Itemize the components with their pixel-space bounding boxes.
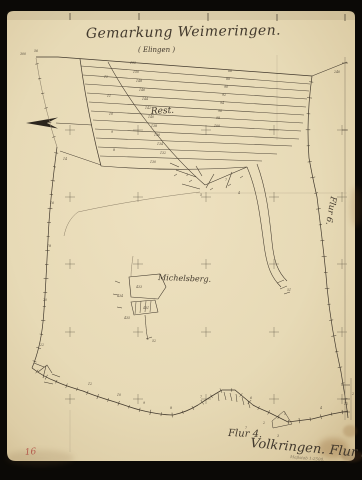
paper-sheet [7, 11, 355, 461]
parcel-number: 94 [220, 101, 224, 105]
parcel-number: 96 [218, 109, 222, 113]
parcel-number: 18 [47, 244, 51, 248]
red-page-number: 16 [24, 447, 37, 458]
parcel-number: 51 [287, 288, 291, 292]
map-subtitle: ( Elingen ) [138, 46, 175, 54]
parcel-number: 9 [111, 130, 113, 134]
scanned-map-page: 1528615088148901469214494142961409813810… [0, 0, 362, 480]
parcel-number: 146 [139, 88, 145, 92]
parcel-number: 8 [170, 406, 172, 410]
parcel-number: 90 [224, 85, 228, 89]
parcel-number: 12 [88, 382, 92, 386]
parcel-number: 148 [136, 79, 142, 83]
parcel-number: 88 [226, 77, 230, 81]
parcel-number: 152 [130, 61, 136, 65]
parcel-number: 2 [351, 392, 354, 396]
parcel-number: 3 [186, 173, 188, 177]
parcel-number: 16 [50, 201, 54, 205]
parcel-number: 12 [104, 75, 108, 79]
parcel-number: 136 [154, 133, 160, 137]
parcel-number: 134 [157, 142, 163, 146]
stain [7, 11, 355, 20]
parcel-number: 12 [344, 402, 348, 406]
parcel-number: 10 [109, 112, 113, 116]
parcel-number: 52 [152, 339, 156, 343]
parcel-number: 22 [39, 343, 44, 347]
map-title: Gemarkung Weimeringen. [86, 23, 281, 42]
parcel-number: 8 [113, 148, 115, 152]
parcel-number: 4 [319, 406, 322, 410]
stain [6, 450, 74, 466]
parcel-number: 98 [216, 116, 220, 120]
parcel-number: 240 [333, 70, 340, 74]
parcel-number: 56 [34, 49, 38, 53]
parcel-number: 9 [143, 401, 145, 405]
label-michelsberg: Michelsberg. [157, 273, 211, 284]
parcel-number: 431 [142, 306, 149, 310]
parcel-number: 130 [150, 160, 156, 164]
parcel-number: 5 [200, 193, 202, 197]
parcel-number: 86 [228, 69, 232, 73]
parcel-number: 4 [237, 191, 240, 195]
map-canvas: 1528615088148901469214494142961409813810… [0, 0, 362, 480]
parcel-number: 5 [284, 412, 286, 416]
parcel-number: 434 [116, 294, 123, 298]
parcel-number: 11 [107, 94, 111, 98]
label-rest: Rest. [150, 106, 175, 117]
stain [343, 425, 357, 437]
parcel-number: 92 [222, 93, 226, 97]
parcel-number: 2 [262, 421, 265, 425]
parcel-number: 435 [123, 316, 130, 320]
parcel-number: 138 [151, 124, 157, 128]
parcel-number: 6 [250, 396, 252, 400]
stain [350, 187, 362, 227]
parcel-number: 300 [20, 52, 26, 56]
parcel-number: 14 [63, 157, 67, 161]
parcel-number: 433 [135, 285, 142, 289]
parcel-number: 144 [142, 97, 148, 101]
parcel-number: 100 [214, 124, 220, 128]
parcel-number: 10 [117, 393, 121, 397]
parcel-number: 132 [160, 151, 166, 155]
parcel-number: 20 [42, 298, 47, 302]
parcel-number: 150 [133, 70, 139, 74]
